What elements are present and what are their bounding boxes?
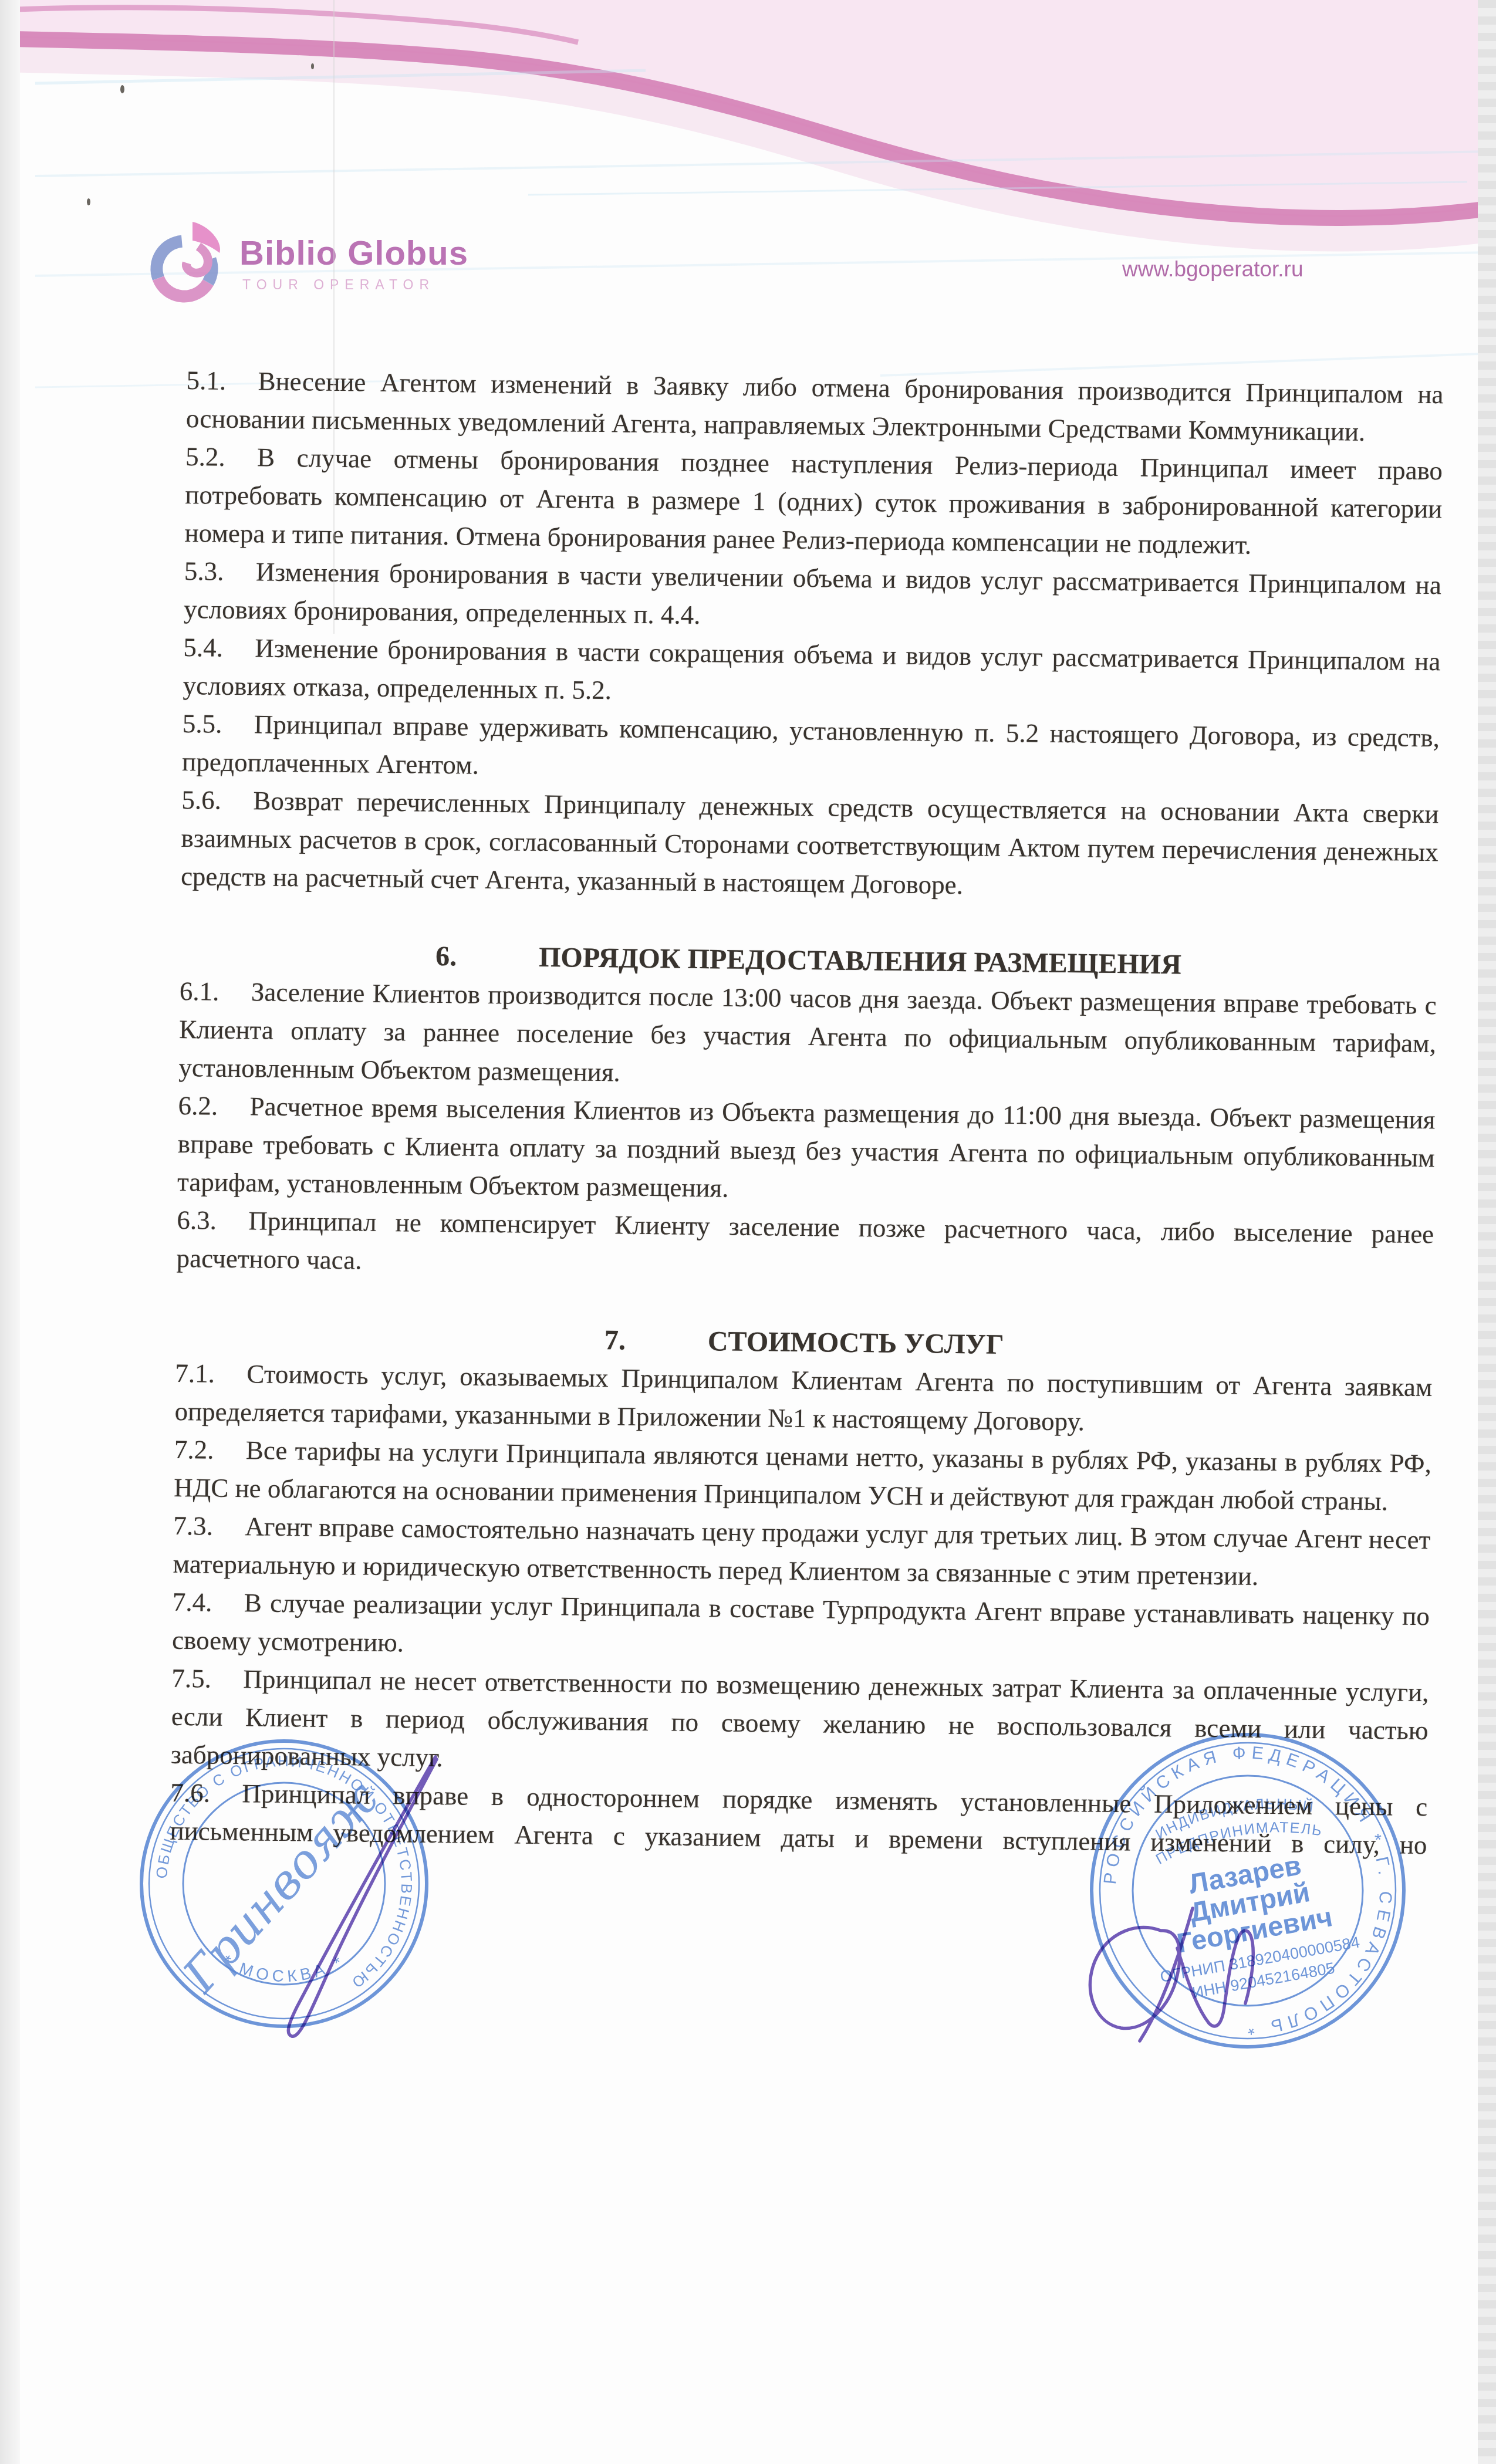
signatures-layer bbox=[0, 0, 1496, 2464]
scan-speck bbox=[87, 198, 90, 205]
scan-speck bbox=[311, 63, 314, 69]
scan-fold-line bbox=[333, 0, 335, 634]
scanner-edge-left bbox=[0, 0, 20, 2464]
left-signature bbox=[288, 1757, 437, 2036]
scanner-edge-right bbox=[1478, 0, 1496, 2464]
right-signature-loop bbox=[1090, 1928, 1180, 2029]
right-signature-curl bbox=[1177, 1931, 1253, 2026]
scanned-contract-page: Biblio Globus TOUR OPERATOR www.bgoperat… bbox=[0, 0, 1496, 2464]
scan-speck bbox=[120, 85, 124, 93]
